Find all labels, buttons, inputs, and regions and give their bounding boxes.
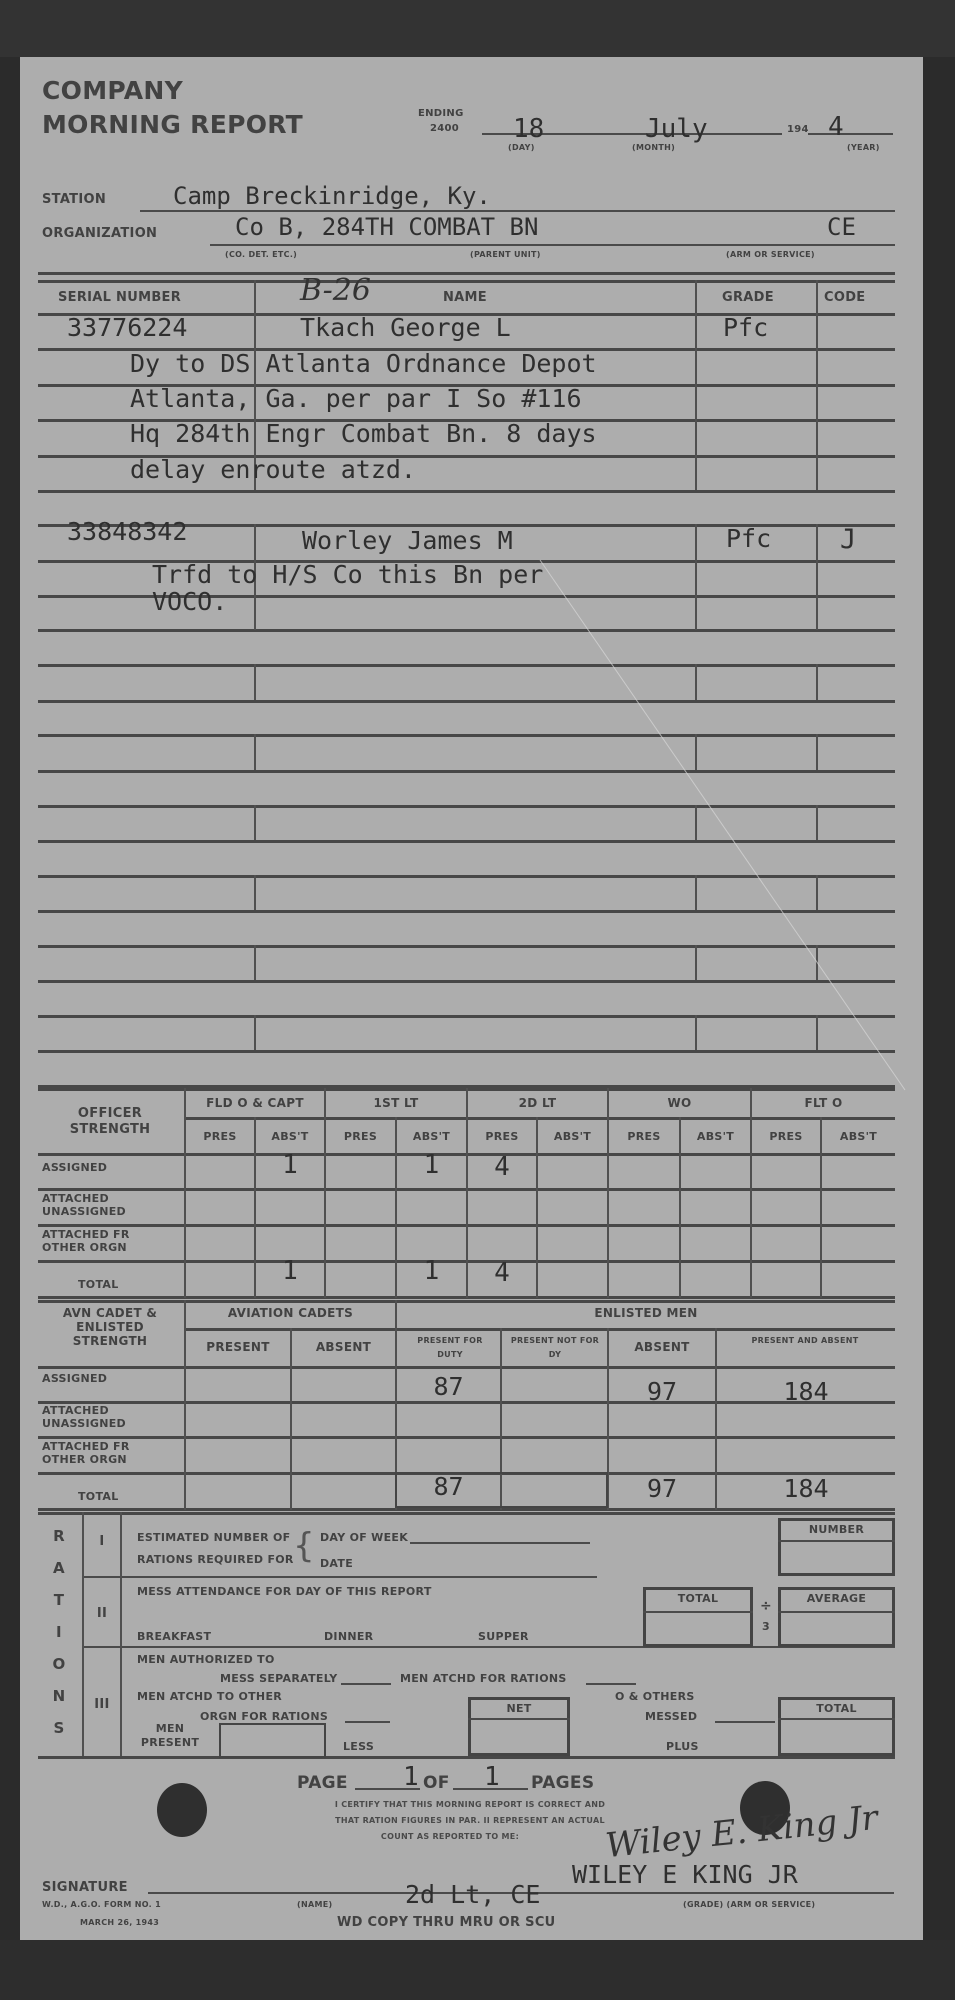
film-scratch [0, 0, 955, 2000]
